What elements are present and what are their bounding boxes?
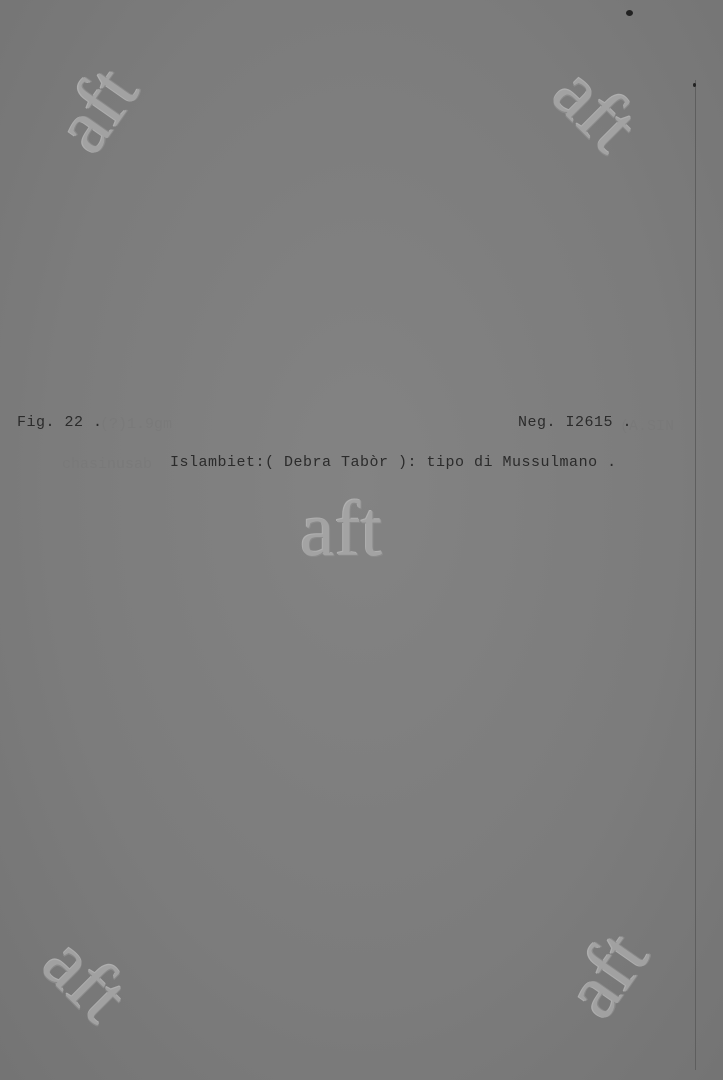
card-edge-line bbox=[695, 80, 696, 1070]
dust-speck bbox=[693, 83, 696, 87]
watermark-center: aft bbox=[300, 490, 382, 568]
ghost-text-figure: (?)1.9gm bbox=[100, 416, 172, 433]
figure-label: Fig. 22 . bbox=[17, 414, 103, 431]
caption-text: Islambiet:( Debra Tabòr ): tipo di Mussu… bbox=[170, 454, 617, 471]
watermark-top-right: aft bbox=[539, 52, 652, 165]
negative-number: Neg. I2615 . bbox=[518, 414, 632, 431]
watermark-top-left: aft bbox=[41, 53, 152, 165]
archival-card: aft aft aft aft aft (?)1.9gm (A.SIN chas… bbox=[0, 0, 723, 1080]
watermark-bottom-left: aft bbox=[29, 922, 142, 1035]
dust-speck bbox=[626, 10, 633, 16]
watermark-bottom-right: aft bbox=[551, 918, 662, 1030]
ghost-text-caption: chasinusab bbox=[62, 456, 152, 473]
